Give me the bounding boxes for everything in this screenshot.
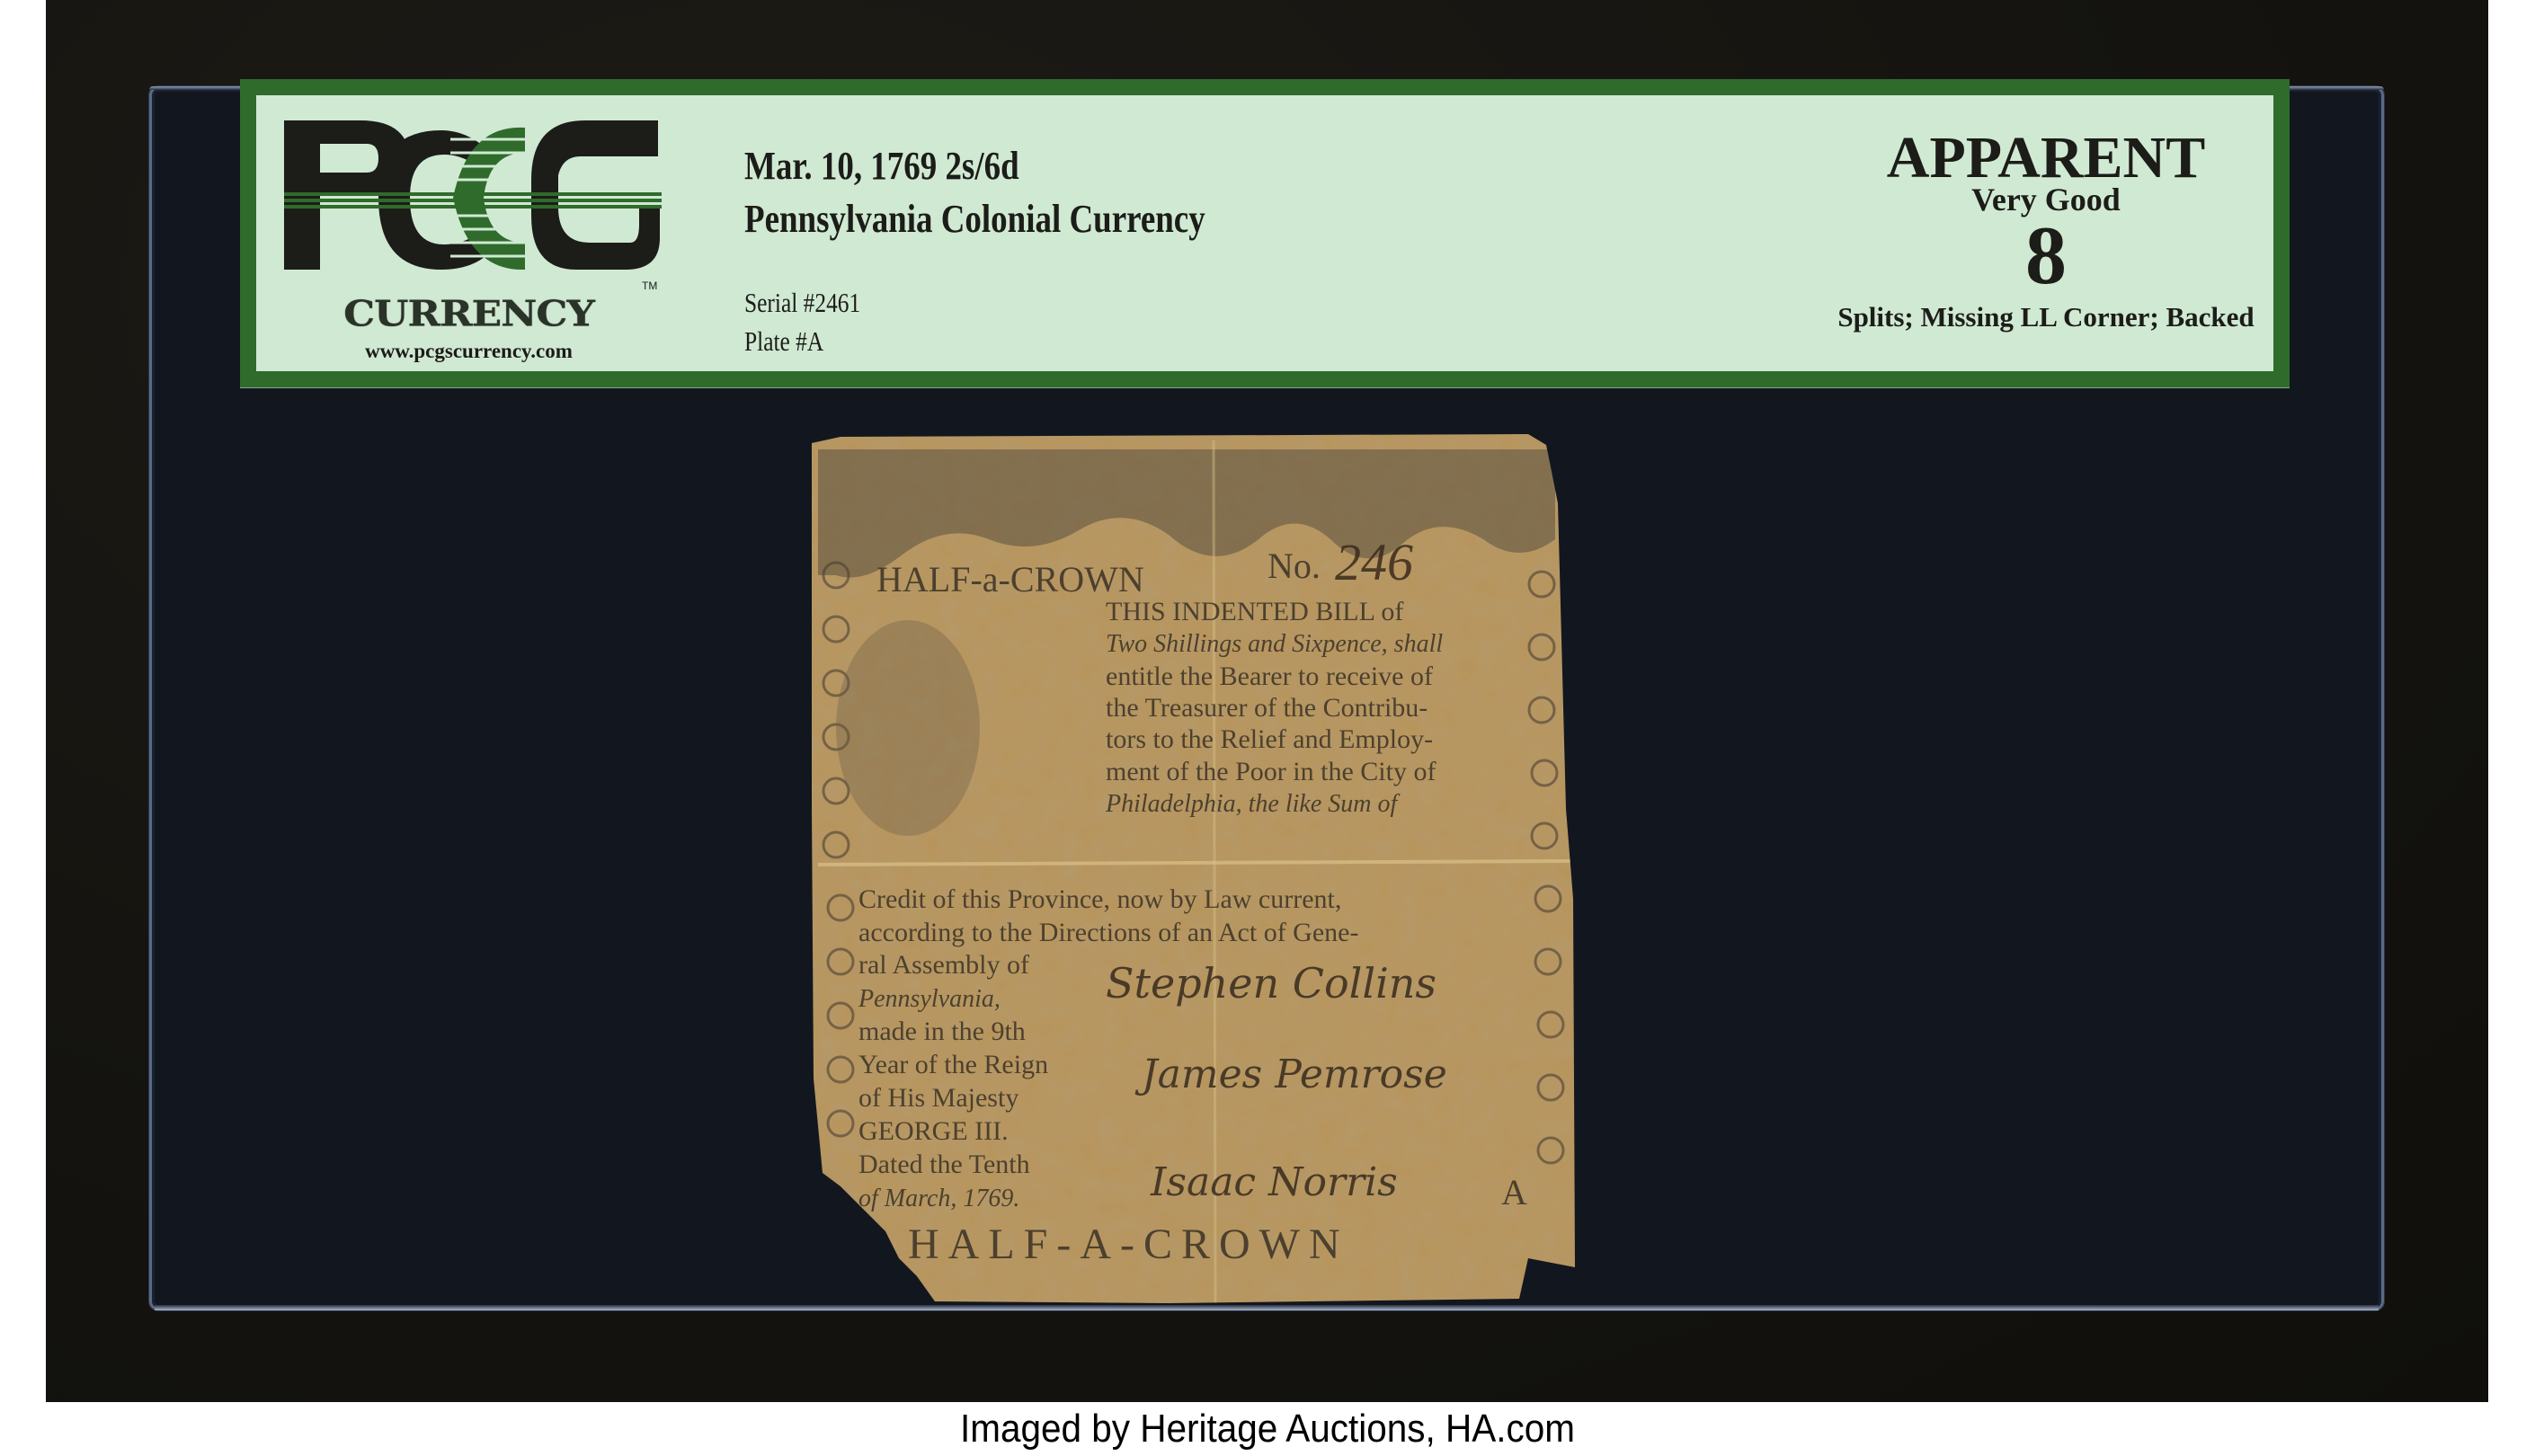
note-line: tors to the Relief and Employ- bbox=[1106, 724, 1433, 754]
note-line: according to the Directions of an Act of… bbox=[858, 918, 1358, 947]
note-line: made in the 9th bbox=[858, 1017, 1026, 1046]
image-credit-caption: Imaged by Heritage Auctions, HA.com bbox=[102, 1407, 2433, 1452]
plate-letter-label: Plate #A bbox=[744, 325, 823, 358]
note-line: GEORGE III. bbox=[858, 1116, 1009, 1146]
signature-3: Isaac Norris bbox=[1150, 1159, 1398, 1205]
note-paper: HALF-a-CROWN No. 246 THIS INDENTED BILL … bbox=[791, 422, 1600, 1321]
grade-block: APPARENT Very Good 8 Splits; Missing LL … bbox=[1802, 95, 2290, 371]
note-line: the Treasurer of the Contribu- bbox=[1106, 693, 1428, 723]
note-issuer: Pennsylvania Colonial Currency bbox=[744, 196, 1205, 242]
note-line: of His Majesty bbox=[858, 1083, 1018, 1113]
pcgs-url: www.pcgscurrency.com bbox=[283, 340, 654, 363]
signature-1: Stephen Collins bbox=[1106, 959, 1436, 1008]
number-handwritten: 246 bbox=[1335, 533, 1413, 591]
grade-comments: Splits; Missing LL Corner; Backed bbox=[1802, 301, 2290, 333]
note-line: ral Assembly of bbox=[858, 950, 1029, 980]
note-date-denomination: Mar. 10, 1769 2s/6d bbox=[744, 143, 1019, 189]
note-line: Year of the Reign bbox=[858, 1050, 1048, 1079]
note-line: Pennsylvania, bbox=[858, 985, 1001, 1013]
trademark-symbol: TM bbox=[642, 280, 657, 292]
serial-number: Serial #2461 bbox=[744, 287, 860, 319]
grade-number: 8 bbox=[1802, 214, 2290, 297]
arms-vignette bbox=[836, 620, 980, 836]
currency-wordmark: CURRENCY bbox=[283, 298, 654, 331]
note-line: THIS INDENTED BILL of bbox=[1106, 597, 1403, 626]
note-line: Philadelphia, the like Sum of bbox=[1105, 790, 1400, 818]
plate-letter: A bbox=[1501, 1172, 1527, 1212]
denomination-top: HALF-a-CROWN bbox=[876, 559, 1144, 599]
pcgs-logo-icon: TM bbox=[284, 117, 662, 297]
note-line: entitle the Bearer to receive of bbox=[1106, 661, 1433, 691]
number-prefix: No. bbox=[1267, 546, 1321, 586]
note-line: Two Shillings and Sixpence, shall bbox=[1106, 630, 1443, 658]
denomination-bottom: HALF-A-CROWN bbox=[908, 1221, 1349, 1268]
signature-2: James Pemrose bbox=[1134, 1052, 1447, 1097]
note-line: of March, 1769. bbox=[858, 1185, 1019, 1212]
note-line: Dated the Tenth bbox=[858, 1150, 1030, 1179]
pcgs-grading-label: TM CURRENCY www.pcgscurrency.com Mar. 10… bbox=[240, 79, 2290, 387]
note-line: Credit of this Province, now by Law curr… bbox=[858, 884, 1341, 914]
label-panel: TM CURRENCY www.pcgscurrency.com Mar. 10… bbox=[256, 95, 2273, 371]
note-line: ment of the Poor in the City of bbox=[1106, 757, 1436, 786]
